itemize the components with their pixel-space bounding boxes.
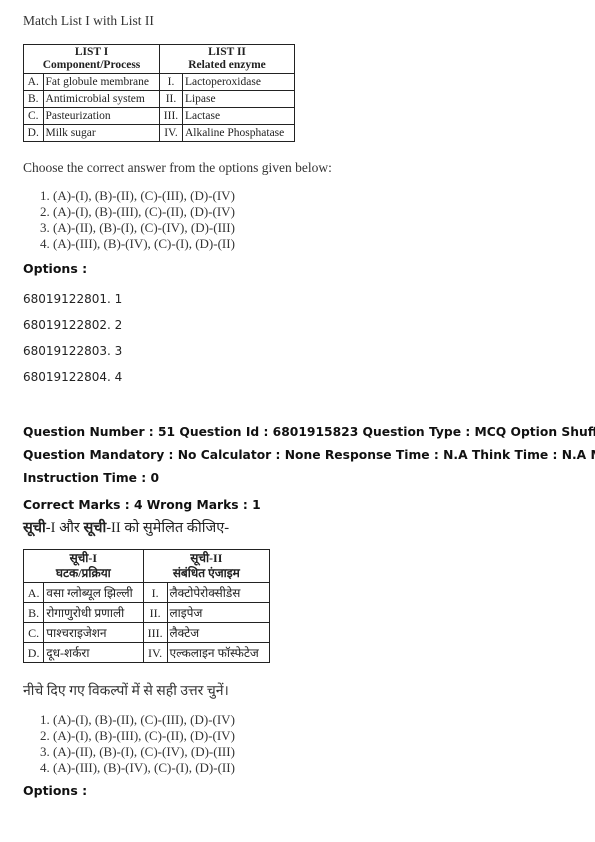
row-value-2: Alkaline Phosphatase [182,125,294,142]
table-header-row: सूची-I घटक/प्रक्रिया सूची-II संबंधित एंज… [24,550,270,583]
row-key-2: IV. [143,643,167,663]
row-key-1: B. [24,91,44,108]
row-key-1: D. [24,643,44,663]
row-value-2: Lipase [182,91,294,108]
title-and: और [55,520,83,536]
list1-heading: LIST I [26,46,157,59]
title-list1-num: -I [46,520,56,536]
row-value-2: Lactase [182,108,294,125]
list2-subheading: Related enzyme [162,59,292,72]
answer-choice: 2. (A)-(I), (B)-(III), (C)-(II), (D)-(IV… [40,728,235,744]
row-value-1: Milk sugar [43,125,159,142]
question-title-hindi: सूची-I और सूची-II को सुमेलित कीजिए- [23,517,229,537]
table-header-row: LIST I Component/Process LIST II Related… [24,45,295,74]
answer-choice: 4. (A)-(III), (B)-(IV), (C)-(I), (D)-(II… [40,236,235,252]
row-value-2: लैक्टेज [167,623,269,643]
list2-heading: सूची-II [146,551,267,566]
option-id-2: 68019122802. 2 [23,318,122,332]
row-key-2: III. [160,108,183,125]
question-meta-line-2: Question Mandatory : No Calculator : Non… [23,448,595,462]
question-meta-line-3: Instruction Time : 0 [23,471,159,485]
answer-choices-english: 1. (A)-(I), (B)-(II), (C)-(III), (D)-(IV… [40,188,235,252]
list2-header: LIST II Related enzyme [160,45,295,74]
table-row: D. दूध-शर्करा IV. एल्कलाइन फॉस्फेटेज [24,643,270,663]
answer-choice: 3. (A)-(II), (B)-(I), (C)-(IV), (D)-(III… [40,220,235,236]
answer-choice: 4. (A)-(III), (B)-(IV), (C)-(I), (D)-(II… [40,760,235,776]
table-row: B. रोगाणुरोधी प्रणाली II. लाइपेज [24,603,270,623]
row-key-1: C. [24,623,44,643]
row-key-1: A. [24,74,44,91]
title-rest: को सुमेलित कीजिए- [121,520,229,536]
row-key-2: II. [143,603,167,623]
row-value-2: लाइपेज [167,603,269,623]
answer-choice: 1. (A)-(I), (B)-(II), (C)-(III), (D)-(IV… [40,188,235,204]
title-list1-word: सूची [23,520,46,536]
list2-subheading: संबंधित एंजाइम [146,566,267,581]
row-value-1: रोगाणुरोधी प्रणाली [44,603,143,623]
option-id-1: 68019122801. 1 [23,292,122,306]
question-title: Match List I with List II [23,13,154,29]
option-id-4: 68019122804. 4 [23,370,122,384]
row-key-2: I. [160,74,183,91]
row-value-2: एल्कलाइन फॉस्फेटेज [167,643,269,663]
table-row: A. वसा ग्लोब्यूल झिल्ली I. लैक्टोपेरोक्स… [24,583,270,603]
list2-header: सूची-II संबंधित एंजाइम [143,550,269,583]
options-label-hindi: Options : [23,783,87,798]
list1-header: LIST I Component/Process [24,45,160,74]
row-key-1: B. [24,603,44,623]
answer-choices-hindi: 1. (A)-(I), (B)-(II), (C)-(III), (D)-(IV… [40,712,235,776]
question-marks: Correct Marks : 4 Wrong Marks : 1 [23,498,261,512]
row-value-1: Fat globule membrane [43,74,159,91]
answer-choice: 3. (A)-(II), (B)-(I), (C)-(IV), (D)-(III… [40,744,235,760]
row-key-2: I. [143,583,167,603]
row-key-1: C. [24,108,44,125]
row-value-1: पाश्चराइजेशन [44,623,143,643]
table-row: D. Milk sugar IV. Alkaline Phosphatase [24,125,295,142]
row-key-2: III. [143,623,167,643]
answer-choice: 1. (A)-(I), (B)-(II), (C)-(III), (D)-(IV… [40,712,235,728]
instruction-text: Choose the correct answer from the optio… [23,160,332,176]
list1-subheading: घटक/प्रक्रिया [26,566,141,581]
row-value-1: Pasteurization [43,108,159,125]
answer-choice: 2. (A)-(I), (B)-(III), (C)-(II), (D)-(IV… [40,204,235,220]
list2-heading: LIST II [162,46,292,59]
option-id-3: 68019122803. 3 [23,344,122,358]
table-row: A. Fat globule membrane I. Lactoperoxida… [24,74,295,91]
options-label: Options : [23,261,87,276]
row-value-2: लैक्टोपेरोक्सीडेस [167,583,269,603]
row-key-1: A. [24,583,44,603]
row-value-1: दूध-शर्करा [44,643,143,663]
row-key-2: IV. [160,125,183,142]
instruction-text-hindi: नीचे दिए गए विकल्पों में से सही उत्तर चु… [23,681,229,700]
row-key-2: II. [160,91,183,108]
table-row: B. Antimicrobial system II. Lipase [24,91,295,108]
match-table-hindi: सूची-I घटक/प्रक्रिया सूची-II संबंधित एंज… [23,549,270,663]
question-meta-line-1: Question Number : 51 Question Id : 68019… [23,425,595,439]
row-value-1: वसा ग्लोब्यूल झिल्ली [44,583,143,603]
list1-heading: सूची-I [26,551,141,566]
title-list2-num: -II [106,520,121,536]
list1-header: सूची-I घटक/प्रक्रिया [24,550,144,583]
row-key-1: D. [24,125,44,142]
title-list2-word: सूची [83,520,106,536]
table-row: C. पाश्चराइजेशन III. लैक्टेज [24,623,270,643]
match-table-english: LIST I Component/Process LIST II Related… [23,44,295,142]
list1-subheading: Component/Process [26,59,157,72]
row-value-1: Antimicrobial system [43,91,159,108]
row-value-2: Lactoperoxidase [182,74,294,91]
table-row: C. Pasteurization III. Lactase [24,108,295,125]
